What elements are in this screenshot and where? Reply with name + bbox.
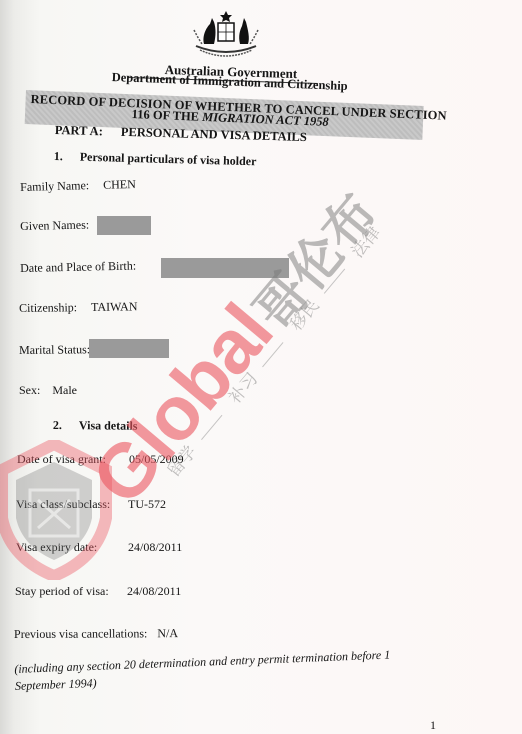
coat-of-arms-icon	[190, 10, 262, 62]
family-name-value: CHEN	[103, 177, 136, 192]
section-1-heading: 1.Personal particulars of visa holder	[54, 149, 257, 169]
page-number: 1	[430, 718, 436, 733]
marital-status-label: Marital Status:	[19, 342, 90, 357]
stay-period-label: Stay period of visa:	[15, 584, 109, 598]
given-names-field: Given Names:	[20, 218, 89, 234]
watermark-brand-chinese: 哥伦布	[244, 183, 390, 341]
citizenship-field: Citizenship:TAIWAN	[19, 299, 138, 316]
previous-cancellations-value: N/A	[157, 626, 178, 640]
cancellation-note: (including any section 20 determination …	[14, 645, 435, 695]
title-line2-plain: 116 OF THE	[131, 107, 202, 124]
family-name-field: Family Name:CHEN	[20, 177, 136, 195]
birth-field: Date and Place of Birth:	[20, 259, 136, 276]
part-a-label: PART A:	[55, 123, 103, 138]
stay-period-value: 24/08/2011	[127, 584, 181, 599]
stay-period-field: Stay period of visa:24/08/2011	[15, 584, 109, 599]
department-name: Department of Immigration and Citizenshi…	[111, 70, 348, 94]
section-1-title: Personal particulars of visa holder	[80, 150, 257, 169]
given-names-label: Given Names:	[20, 218, 89, 233]
sex-value: Male	[52, 383, 77, 397]
citizenship-value: TAIWAN	[91, 299, 138, 314]
family-name-label: Family Name:	[20, 178, 89, 194]
birth-label: Date and Place of Birth:	[20, 259, 136, 275]
citizenship-label: Citizenship:	[19, 300, 77, 315]
section-1-number: 1.	[54, 149, 80, 165]
sex-label: Sex:	[19, 383, 40, 397]
expiry-date-value: 24/08/2011	[128, 540, 182, 555]
section-2-number: 2.	[53, 418, 79, 433]
document-page: Australian Government Department of Immi…	[0, 0, 522, 734]
previous-cancellations-field: Previous visa cancellations:N/A	[14, 626, 178, 642]
marital-status-redaction	[89, 339, 169, 358]
watermark-brand-latin: Global	[76, 289, 289, 520]
given-names-redaction	[97, 216, 151, 235]
previous-cancellations-label: Previous visa cancellations:	[14, 626, 147, 641]
marital-status-field: Marital Status:	[19, 342, 90, 358]
sex-field: Sex:Male	[19, 383, 77, 398]
